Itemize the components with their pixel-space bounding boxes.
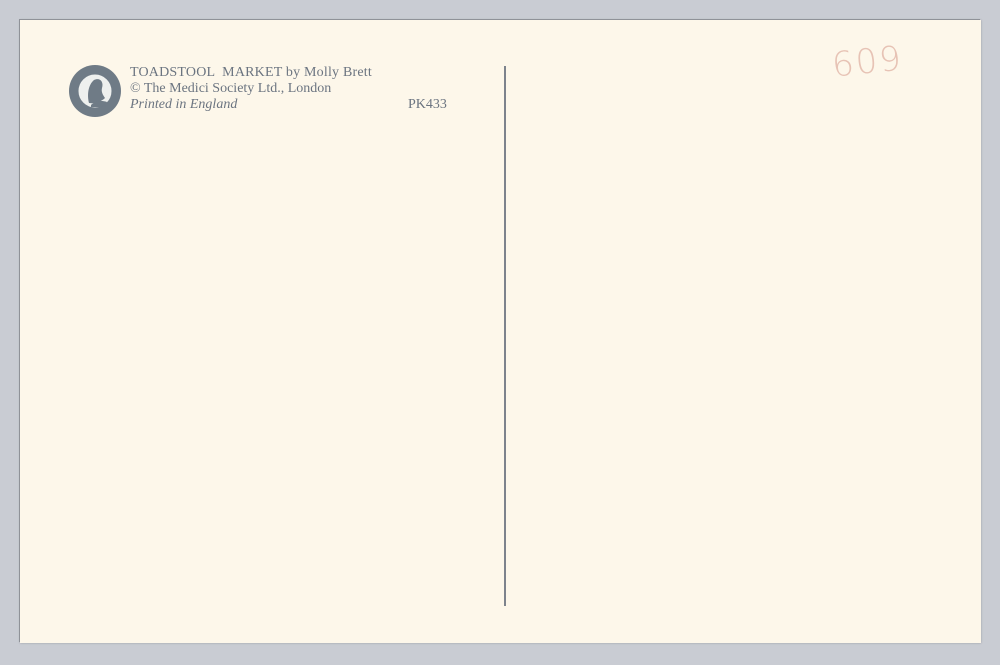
copyright-line: © The Medici Society Ltd., London xyxy=(130,81,372,97)
catalog-code: PK433 xyxy=(408,97,447,113)
artwork-title: TOADSTOOL MARKET by Molly Brett xyxy=(130,65,372,81)
handwritten-pencil-note: 609 xyxy=(830,38,905,85)
postcard-back: TOADSTOOL MARKET by Molly Brett © The Me… xyxy=(20,20,981,643)
center-divider-line xyxy=(504,66,506,606)
medici-society-seal-icon xyxy=(69,65,121,117)
publisher-info: TOADSTOOL MARKET by Molly Brett © The Me… xyxy=(130,65,372,113)
printed-line: Printed in England xyxy=(130,97,372,113)
